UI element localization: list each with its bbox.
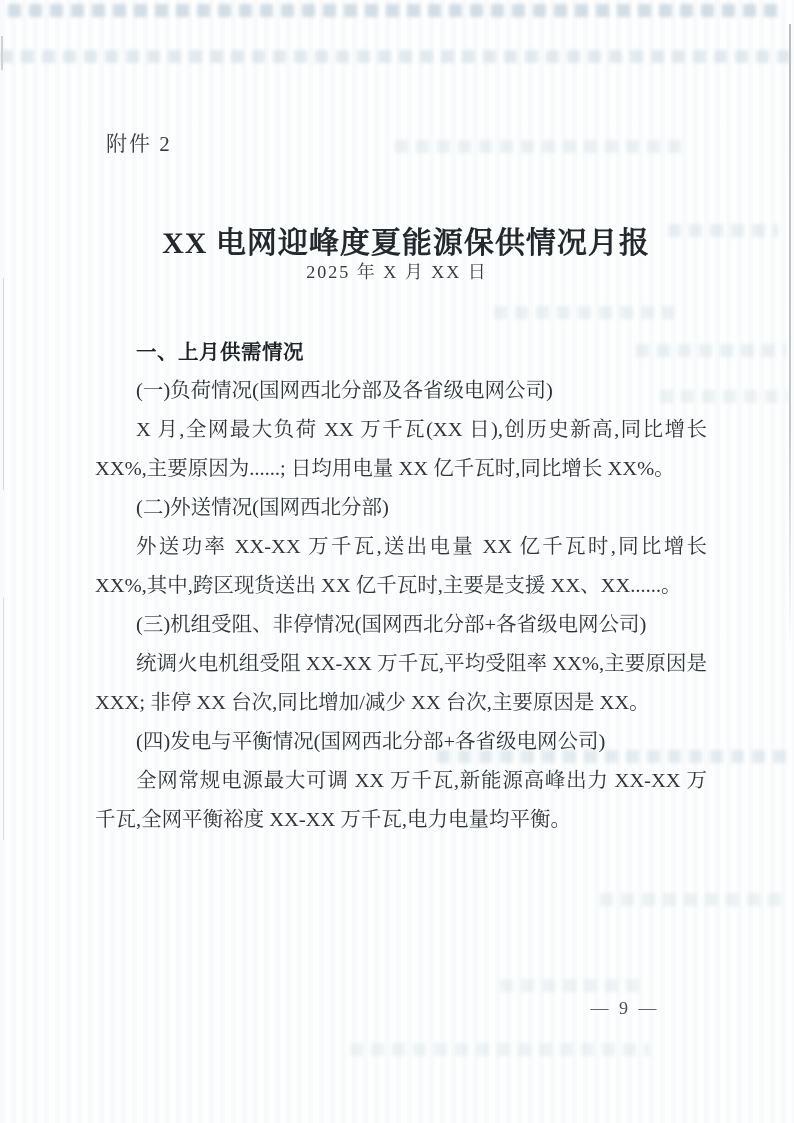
section-heading: 一、上月供需情况 bbox=[95, 333, 707, 372]
subsection-heading-1: (一)负荷情况(国网西北分部及各省级电网公司) bbox=[95, 372, 707, 411]
subsection-heading-2: (二)外送情况(国网西北分部) bbox=[95, 489, 707, 528]
bleedthrough-mark bbox=[8, 4, 783, 17]
page-number: — 9 — bbox=[560, 998, 690, 1019]
page-edge-line bbox=[3, 598, 4, 840]
bleedthrough-mark bbox=[350, 1043, 650, 1056]
body-paragraph-3: 统调火电机组受阻 XX-XX 万千瓦,平均受阻率 XX%,主要原因是 XXX; … bbox=[95, 645, 707, 723]
body-paragraph-1: X 月,全网最大负荷 XX 万千瓦(XX 日),创历史新高,同比增长 XX%,主… bbox=[95, 411, 707, 489]
page-edge-line bbox=[789, 24, 791, 649]
document-body: 一、上月供需情况 (一)负荷情况(国网西北分部及各省级电网公司) X 月,全网最… bbox=[95, 333, 707, 840]
body-paragraph-4: 全网常规电源最大可调 XX 万千瓦,新能源高峰出力 XX-XX 万千瓦,全网平衡… bbox=[95, 762, 707, 840]
page-edge-line bbox=[1, 36, 3, 70]
document-title: XX 电网迎峰度夏能源保供情况月报 bbox=[0, 218, 794, 262]
bleedthrough-mark bbox=[500, 979, 640, 992]
bleedthrough-mark bbox=[395, 140, 685, 153]
subsection-heading-4: (四)发电与平衡情况(国网西北分部+各省级电网公司) bbox=[95, 723, 707, 762]
page-edge-line bbox=[3, 278, 4, 490]
body-paragraph-2: 外送功率 XX-XX 万千瓦,送出电量 XX 亿千瓦时,同比增长 XX%,其中,… bbox=[95, 528, 707, 606]
bleedthrough-mark bbox=[600, 893, 785, 906]
document-date: 2025 年 X 月 XX 日 bbox=[0, 258, 794, 284]
scanned-document-page: 附件 2 XX 电网迎峰度夏能源保供情况月报 2025 年 X 月 XX 日 一… bbox=[0, 0, 794, 1123]
bleedthrough-mark bbox=[0, 50, 794, 63]
subsection-heading-3: (三)机组受阻、非停情况(国网西北分部+各省级电网公司) bbox=[95, 606, 707, 645]
attachment-label: 附件 2 bbox=[106, 128, 172, 158]
bleedthrough-mark bbox=[494, 306, 674, 319]
